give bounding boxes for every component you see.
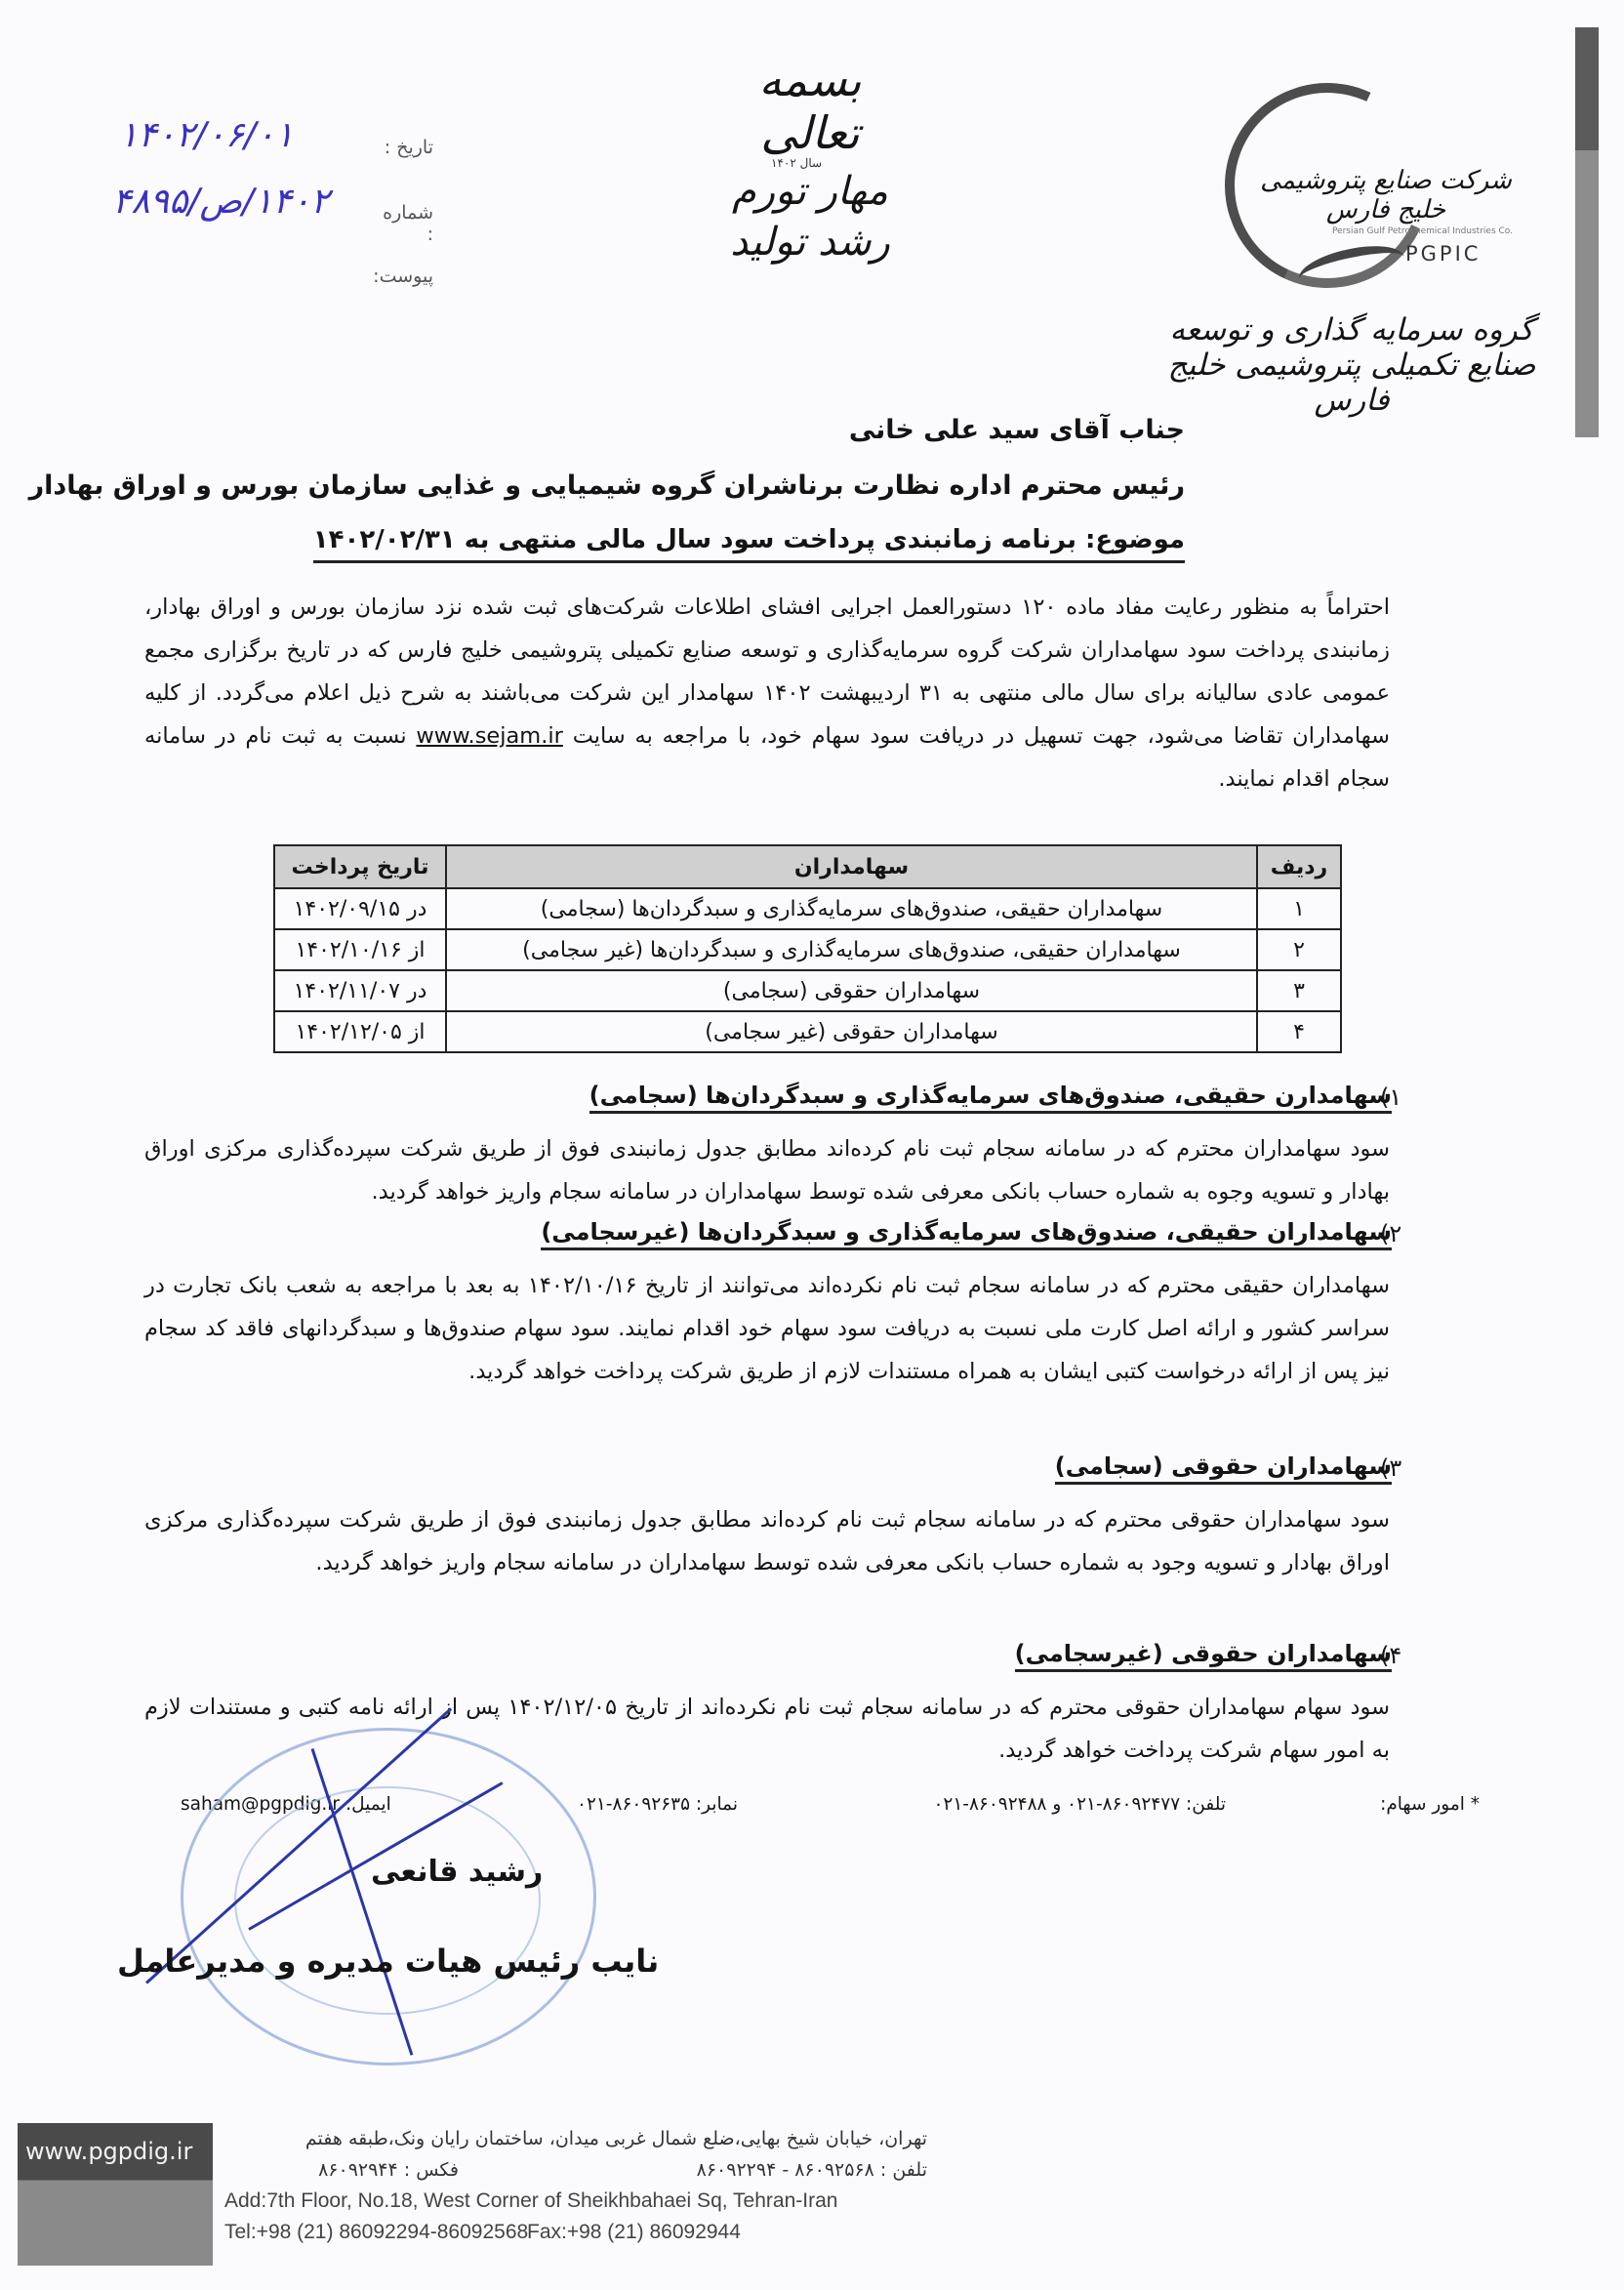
year-slogan: مهار تورم رشد تولید (712, 166, 908, 267)
payment-date: در ۱۴۰۲/۰۹/۱۵ (274, 888, 446, 929)
signer-name: رشید قانعی (371, 1855, 543, 1889)
contact-phone-value: ۸۶۰۹۲۴۷۷-۰۲۱ و ۸۶۰۹۲۴۸۸-۰۲۱ (933, 1794, 1180, 1815)
letter-subject: موضوع: برنامه زمانبندی پرداخت سود سال ما… (313, 525, 1185, 563)
col-header-payment-date: تاریخ پرداخت (274, 845, 446, 888)
table-header-row: ردیف سهامداران تاریخ پرداخت (274, 845, 1341, 888)
footer-tel-en: Tel:+98 (21) 86092294-86092568 (224, 2221, 528, 2244)
row-number: ۱ (1257, 888, 1341, 929)
section-1-title: سهامدارن حقیقی، صندوق‌های سرمایه‌گذاری و… (589, 1082, 1392, 1114)
table-row: ۲ سهامداران حقیقی، صندوق‌های سرمایه‌گذار… (274, 929, 1341, 970)
shareholder-group: سهامداران حقیقی، صندوق‌های سرمایه‌گذاری … (446, 929, 1257, 970)
section-4-title: سهامداران حقوقی (غیرسجامی) (1015, 1640, 1392, 1672)
number-label: شماره : (371, 202, 433, 245)
footer-address-fa: تهران، خیابان شیخ بهایی،ضلع شمال غربی می… (224, 2128, 927, 2149)
addressee-position: رئیس محترم اداره نظارت برناشران گروه شیم… (29, 470, 1185, 501)
section-3-text: سود سهامداران حقوقی محترم که در سامانه س… (144, 1498, 1390, 1584)
signer-title: نایب رئیس هیات مدیره و مدیرعامل (117, 1942, 659, 1980)
shareholder-group: سهامداران حقوقی (غیر سجامی) (446, 1011, 1257, 1052)
shareholder-group: سهامداران حقیقی، صندوق‌های سرمایه‌گذاری … (446, 888, 1257, 929)
footer-address-en: Add:7th Floor, No.18, West Corner of She… (224, 2189, 837, 2213)
contact-fax-label: نمابر: (696, 1794, 738, 1815)
footer-fax-fa: فکس : ۸۶۰۹۲۹۴۴ (224, 2159, 459, 2181)
contact-phone-label: تلفن: (1186, 1794, 1226, 1815)
row-number: ۳ (1257, 970, 1341, 1011)
shareholder-group: سهامداران حقوقی (سجامی) (446, 970, 1257, 1011)
date-value: ۱۴۰۲/۰۶/۰۱ (119, 115, 294, 155)
contact-dept-label: * امور سهام: (1380, 1794, 1480, 1815)
table-row: ۳ سهامداران حقوقی (سجامی) در ۱۴۰۲/۱۱/۰۷ (274, 970, 1341, 1011)
row-number: ۲ (1257, 929, 1341, 970)
col-header-row-number: ردیف (1257, 845, 1341, 888)
table-row: ۱ سهامداران حقیقی، صندوق‌های سرمایه‌گذار… (274, 888, 1341, 929)
section-2-text: سهامداران حقیقی محترم که در سامانه سجام … (144, 1264, 1390, 1393)
slogan-line-1: مهار تورم (712, 166, 908, 217)
payment-schedule-table: ردیف سهامداران تاریخ پرداخت ۱ سهامداران … (273, 844, 1342, 1053)
sejam-link[interactable]: www.sejam.ir (416, 723, 562, 749)
group-name: گروه سرمایه گذاری و توسعه صنایع تکمیلی پ… (1152, 312, 1552, 418)
payment-date: در ۱۴۰۲/۱۱/۰۷ (274, 970, 446, 1011)
contact-phone: تلفن: ۸۶۰۹۲۴۷۷-۰۲۱ و ۸۶۰۹۲۴۸۸-۰۲۱ (933, 1794, 1226, 1815)
row-number: ۴ (1257, 1011, 1341, 1052)
footer-phone-fa: تلفن : ۸۶۰۹۲۵۶۸ - ۸۶۰۹۲۲۹۴ (507, 2159, 927, 2181)
section-3-title: سهامداران حقوقی (سجامی) (1055, 1452, 1392, 1485)
date-label: تاریخ : (371, 137, 433, 158)
addressee-salutation: جناب آقای سید علی خانی (849, 415, 1185, 445)
contact-fax-value: ۸۶۰۹۲۶۳۵-۰۲۱ (577, 1794, 690, 1815)
payment-date: از ۱۴۰۲/۱۲/۰۵ (274, 1011, 446, 1052)
slogan-line-2: رشد تولید (712, 217, 908, 267)
payment-date: از ۱۴۰۲/۱۰/۱۶ (274, 929, 446, 970)
intro-paragraph: احتراماً به منظور رعایت مفاد ماده ۱۲۰ دس… (144, 586, 1390, 800)
contact-fax: نمابر: ۸۶۰۹۲۶۳۵-۰۲۱ (577, 1794, 738, 1815)
footer-website[interactable]: www.pgpdig.ir (25, 2138, 192, 2165)
section-1-text: سود سهامداران محترم که در سامانه سجام ثب… (144, 1127, 1390, 1213)
side-decorative-strip (1575, 27, 1599, 437)
number-value: ۱۴۰۲/ص/۴۸۹۵ (112, 182, 329, 222)
basmala-heading: بسمه تعالی (722, 54, 898, 159)
company-abbr: PGPIC (1405, 242, 1481, 266)
company-name-en: Persian Gulf Petrochemical Industries Co… (1259, 226, 1513, 236)
attachment-label: پیوست: (371, 266, 433, 287)
col-header-shareholders: سهامداران (446, 845, 1257, 888)
table-row: ۴ سهامداران حقوقی (غیر سجامی) از ۱۴۰۲/۱۲… (274, 1011, 1341, 1052)
section-2-title: سهامداران حقیقی، صندوق‌های سرمایه‌گذاری … (541, 1218, 1392, 1250)
footer-fax-en: Fax:+98 (21) 86092944 (527, 2221, 741, 2244)
company-name-fa: شرکت صنایع پتروشیمی خلیج فارس (1249, 166, 1522, 225)
